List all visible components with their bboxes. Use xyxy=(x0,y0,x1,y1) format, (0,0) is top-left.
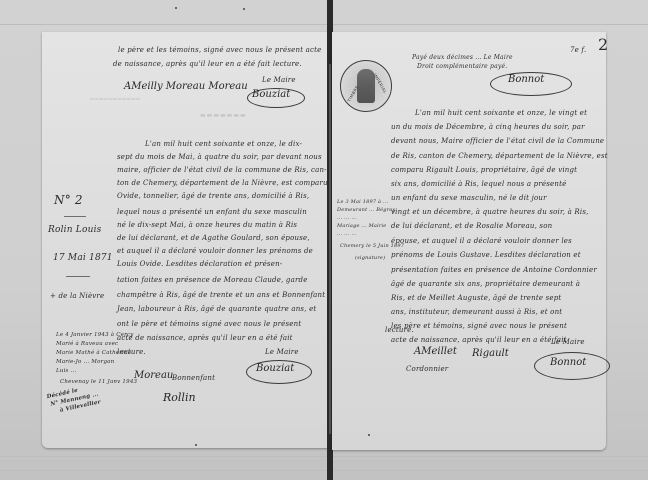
body-line: lecture. xyxy=(117,346,146,359)
body-line: épouse, et auquel il a déclaré vouloir d… xyxy=(391,235,572,248)
annotation-line: Marie-Jo ... Morgan xyxy=(56,358,114,366)
scan-speck xyxy=(243,8,245,10)
closing-mayor-label: Le Maire xyxy=(551,336,585,349)
witness-signature: Bonnenfant xyxy=(172,372,215,385)
body-line: un enfant du sexe masculin, né le dit jo… xyxy=(391,192,547,205)
divider xyxy=(66,276,90,277)
imperial-tax-stamp: TIMBRE IMPÉRIAL xyxy=(340,60,392,112)
witness-signature: Moreau xyxy=(134,370,173,381)
body-line: devant nous, Maire officier de l'état ci… xyxy=(391,135,604,148)
witness-signature: AMeillet xyxy=(414,346,457,357)
body-line: âgé de quarante six ans, propriétaire de… xyxy=(391,278,580,291)
annotation-line: Le 3 Mai 1897 à ... xyxy=(337,198,388,206)
body-line: Louis Ovide. Lesdites déclaration et pré… xyxy=(117,258,282,271)
father-signature: Rollin xyxy=(163,391,196,404)
scan-speck xyxy=(368,434,370,436)
body-line: un du mois de Décembre, à cinq heures du… xyxy=(391,121,585,134)
body-line: présentation faites en présence de Antoi… xyxy=(391,264,597,277)
closing-mayor-label: Le Maire xyxy=(265,346,299,359)
body-line: de Ris, canton de Chemery, département d… xyxy=(391,150,608,163)
annotation-signature: (signature) xyxy=(355,254,385,262)
body-line: et auquel il a déclaré vouloir donner le… xyxy=(117,245,313,258)
header-note: Droit complémentaire payé. xyxy=(417,63,507,71)
scan-speck xyxy=(195,444,197,446)
body-line: champêtre à Ris, âgé de trente et un ans… xyxy=(117,289,325,302)
header-note: Payé deux décimes ... Le Maire xyxy=(412,54,513,62)
annotation-line: Luis ... xyxy=(56,367,76,375)
body-line: lecture. xyxy=(385,324,414,337)
act-date: 17 Mai 1871 xyxy=(53,252,113,265)
sheet-edge-line xyxy=(0,24,648,25)
witness-signatures-top: AMeilly Moreau Moreau xyxy=(124,81,248,92)
folio-prefix: 7e f. xyxy=(570,44,586,57)
body-line: Jean, laboureur à Ris, âgé de quarante q… xyxy=(117,303,316,316)
annotation-line: Demeurant ... Bégrey xyxy=(337,206,395,214)
body-line: lequel nous a présenté un enfant du sexe… xyxy=(117,206,307,219)
margin-addition: + de la Nièvre xyxy=(50,290,104,303)
continuation-line: le père et les témoins, signé avec nous … xyxy=(118,44,321,57)
body-line: né le dix-sept Mai, à onze heures du mat… xyxy=(117,219,297,232)
body-line: sept du mois de Mai, à quatre du soir, p… xyxy=(117,151,322,164)
body-line: les père et témoins, signé avec nous le … xyxy=(391,320,567,333)
witness-signature: Cordonnier xyxy=(406,363,448,376)
body-line: acte de naissance, après qu'il leur en a… xyxy=(117,332,293,345)
annotation-line: Marié à Raveau avec xyxy=(56,340,118,348)
body-line: comparu Rigault Louis, propriétaire, âgé… xyxy=(391,164,577,177)
body-line: L'an mil huit cent soixante et onze, le … xyxy=(415,107,587,120)
continuation-line: de naissance, après qu'il leur en a été … xyxy=(113,58,302,71)
child-name: Rolin Louis xyxy=(48,224,102,237)
divider xyxy=(64,216,86,217)
bleed-through-print: ▬▬▬▬▬▬▬ xyxy=(200,112,247,119)
mayor-signature: Bouziat xyxy=(252,89,290,100)
closing-mayor-signature: Bouziat xyxy=(256,363,294,374)
body-line: maire, officier de l'état civil de la co… xyxy=(117,164,327,177)
act-number: N° 2 xyxy=(54,194,83,207)
header-mayor-signature: Bonnot xyxy=(508,74,544,85)
sheet-edge-line xyxy=(0,470,648,471)
annotation-line: ... ... ... xyxy=(337,230,357,238)
body-line: six ans, domicilié à Ris, lequel nous a … xyxy=(391,178,566,191)
body-line: tation faites en présence de Moreau Clau… xyxy=(117,274,308,287)
father-signature: Rigault xyxy=(472,348,509,359)
closing-mayor-signature: Bonnot xyxy=(550,357,586,368)
mayor-label: Le Maire xyxy=(262,74,296,87)
sheet-edge-line xyxy=(0,456,648,457)
annotation-line: ... ... ... xyxy=(337,214,357,222)
body-line: Ovide, tonnelier, âgé de trente ans, dom… xyxy=(117,190,309,203)
annotation-line: Mariage ... Mairie xyxy=(337,222,386,230)
body-line: de lui déclarant, et de Rosalie Moreau, … xyxy=(391,220,552,233)
body-line: L'an mil huit cent soixante et onze, le … xyxy=(145,138,302,151)
body-line: de lui déclarant, et de Agathe Goulard, … xyxy=(117,232,310,245)
annotation-place-date: Chevenay le 11 Janv 1943 xyxy=(60,378,137,386)
body-line: prénoms de Louis Gustave. Lesdites décla… xyxy=(391,249,581,262)
body-line: Ris, et de Meillet Auguste, âgé de trent… xyxy=(391,292,561,305)
body-line: vingt et un décembre, à quatre heures du… xyxy=(391,206,589,219)
body-line: ont le père et témoins signé avec nous l… xyxy=(117,318,301,331)
body-line: ans, instituteur, demeurant aussi à Ris,… xyxy=(391,306,562,319)
scan-speck xyxy=(175,7,177,9)
folio-number: 2 xyxy=(598,38,608,51)
binding-cord xyxy=(329,64,331,434)
bleed-through-print: ═══════════ xyxy=(90,96,141,103)
